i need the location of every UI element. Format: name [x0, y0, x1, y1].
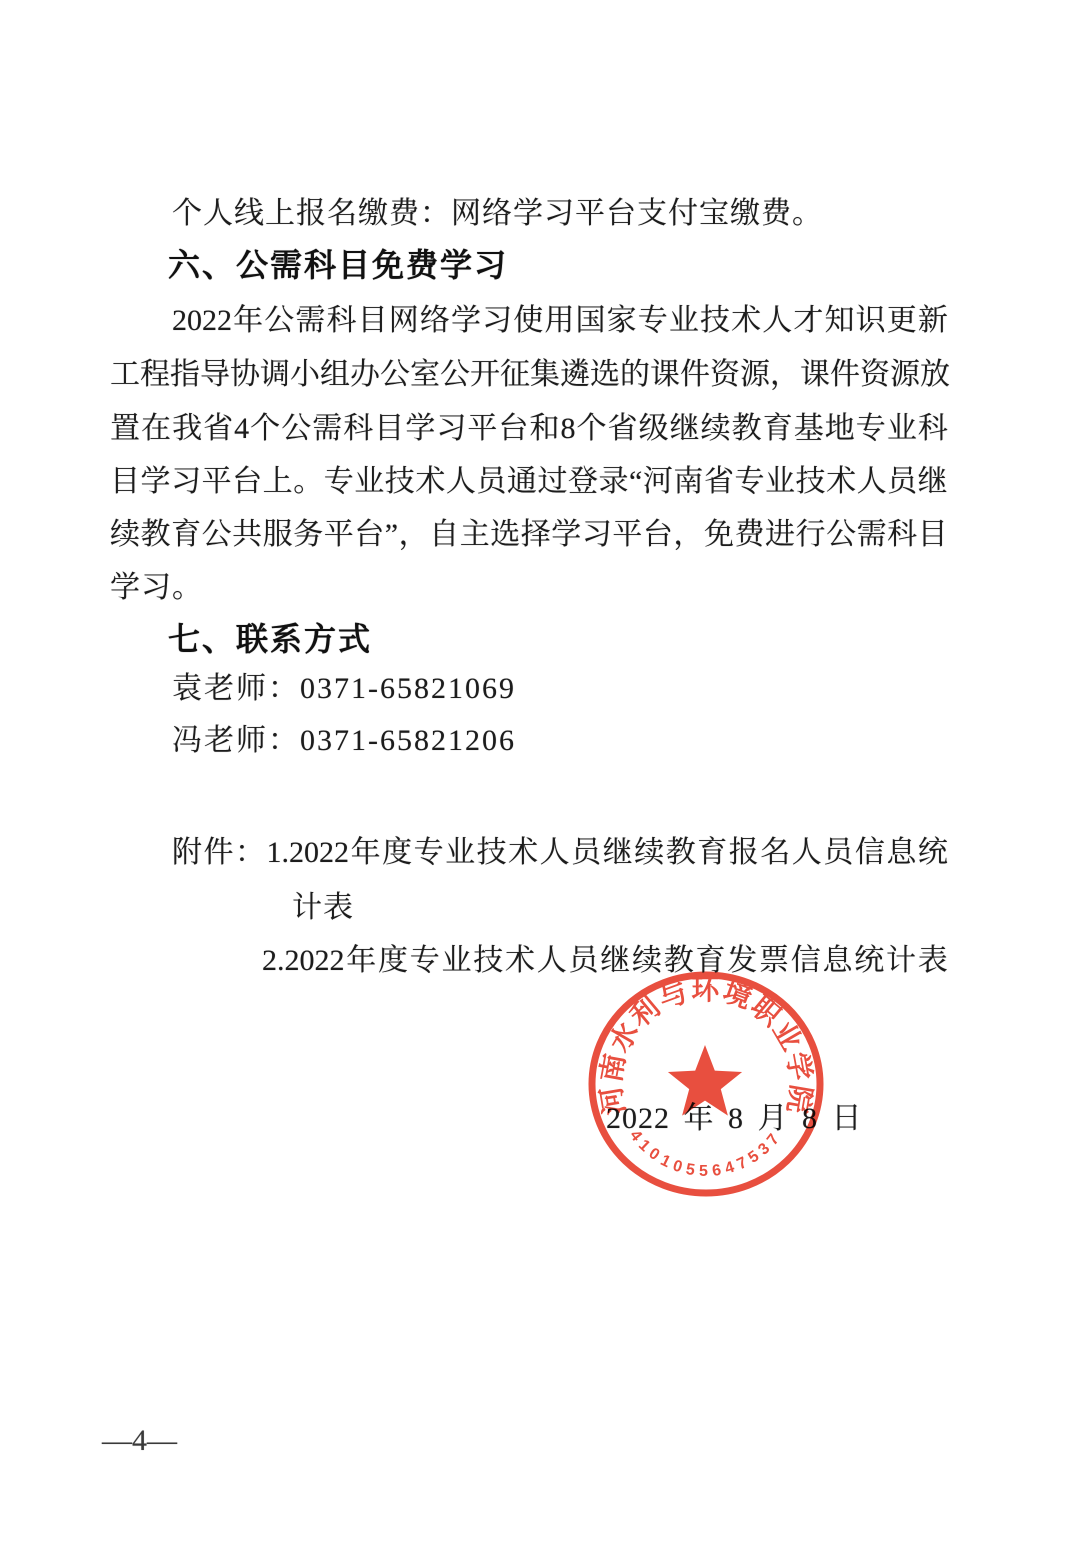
paragraph-line: 2022年公需科目网络学习使用国家专业技术人才知识更新	[172, 301, 948, 341]
attachment-line: 计表	[292, 888, 354, 928]
section6-heading: 六、公需科目免费学习	[168, 245, 508, 285]
page-number: —4—	[102, 1421, 177, 1461]
paragraph-line: 学习。	[110, 568, 203, 608]
paragraph-line: 目学习平台上。专业技术人员通过登录“河南省专业技术人员继	[110, 462, 948, 502]
paragraph-line: 置在我省4个公需科目学习平台和8个省级继续教育基地专业科	[110, 409, 948, 449]
contact-line: 冯老师：0371-65821206	[172, 721, 516, 761]
section7-heading: 七、联系方式	[168, 619, 372, 659]
official-seal: 河南水利与环境职业学院 4101055647537	[575, 958, 841, 1210]
seal-serial-number: 4101055647537	[626, 1127, 786, 1180]
contact-line: 袁老师：0371-65821069	[172, 669, 516, 709]
paragraph-line: 工程指导协调小组办公室公开征集遴选的课件资源，课件资源放	[110, 355, 948, 395]
seal-star	[668, 1045, 742, 1116]
intro-line: 个人线上报名缴费：网络学习平台支付宝缴费。	[172, 194, 823, 234]
attachment-line: 附件：1.2022年度专业技术人员继续教育报名人员信息统	[172, 833, 948, 873]
document-page: 个人线上报名缴费：网络学习平台支付宝缴费。 六、公需科目免费学习 2022年公需…	[0, 0, 1066, 1545]
paragraph-line: 续教育公共服务平台”，自主选择学习平台，免费进行公需科目	[110, 515, 948, 555]
